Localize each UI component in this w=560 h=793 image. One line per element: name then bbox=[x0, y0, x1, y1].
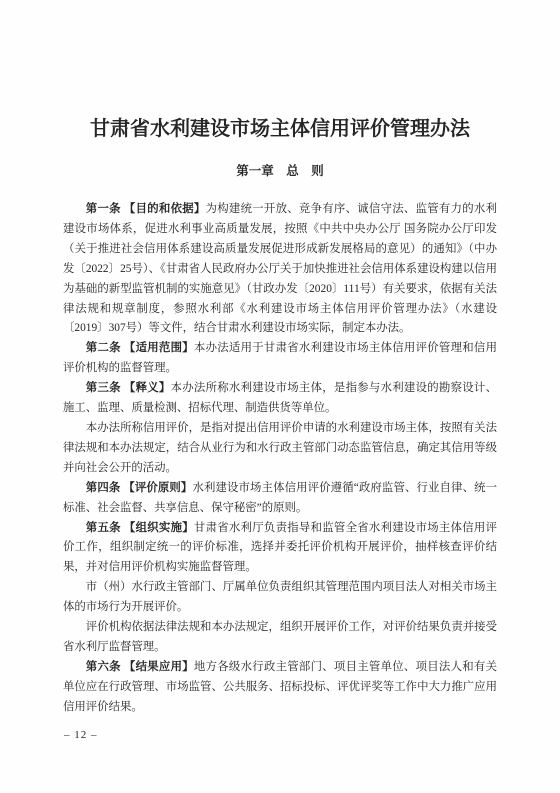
paragraph: 第六条 【结果应用】地方各级水行政主管部门、项目主管单位、项目法人和有关单位应在… bbox=[63, 658, 497, 718]
paragraph: 第三条 【释义】本办法所称水利建设市场主体，是指参与水利建设的勘察设计、施工、监… bbox=[63, 379, 497, 419]
chapter-heading: 第一章 总 则 bbox=[0, 161, 560, 179]
clause-text: 本办法所称信用评价，是指对提出信用评价申请的水利建设市场主体，按照有关法律法规和… bbox=[63, 422, 497, 474]
paragraph: 第四条 【评价原则】水利建设市场主体信用评价遵循“政府监管、行业自律、统一标准、… bbox=[63, 479, 497, 519]
paragraph: 第五条 【组织实施】甘肃省水利厅负责指导和监管全省水利建设市场主体信用评价工作，… bbox=[63, 519, 497, 579]
document-body: 第一条 【目的和依据】为构建统一开放、竞争有序、诚信守法、监管有力的水利建设市场… bbox=[63, 200, 497, 718]
paragraph: 评价机构依据法律法规和本办法规定，组织开展评价工作，对评价结果负责并接受省水利厅… bbox=[63, 618, 497, 658]
clause-lead: 第一条 【目的和依据】 bbox=[86, 203, 206, 215]
clause-lead: 第五条 【组织实施】 bbox=[86, 522, 194, 534]
paragraph: 第一条 【目的和依据】为构建统一开放、竞争有序、诚信守法、监管有力的水利建设市场… bbox=[63, 200, 497, 339]
clause-lead: 第二条 【适用范围】 bbox=[86, 342, 194, 354]
paragraph: 本办法所称信用评价，是指对提出信用评价申请的水利建设市场主体，按照有关法律法规和… bbox=[63, 419, 497, 479]
paragraph: 市（州）水行政主管部门、厅属单位负责组织其管理范围内项目法人对相关市场主体的市场… bbox=[63, 578, 497, 618]
clause-lead: 第三条 【释义】 bbox=[86, 382, 171, 394]
paragraph: 第二条 【适用范围】本办法适用于甘肃省水利建设市场主体信用评价管理和信用评价机构… bbox=[63, 339, 497, 379]
clause-text: 评价机构依据法律法规和本办法规定，组织开展评价工作，对评价结果负责并接受省水利厅… bbox=[63, 621, 497, 653]
document-page: 甘肃省水利建设市场主体信用评价管理办法 第一章 总 则 第一条 【目的和依据】为… bbox=[0, 0, 560, 793]
clause-lead: 第四条 【评价原则】 bbox=[86, 482, 193, 494]
document-title: 甘肃省水利建设市场主体信用评价管理办法 bbox=[0, 112, 560, 141]
clause-text: 市（州）水行政主管部门、厅属单位负责组织其管理范围内项目法人对相关市场主体的市场… bbox=[63, 581, 497, 613]
clause-text: 为构建统一开放、竞争有序、诚信守法、监管有力的水利建设市场体系，促进水利事业高质… bbox=[63, 203, 497, 334]
clause-lead: 第六条 【结果应用】 bbox=[86, 661, 194, 673]
page-number: – 12 – bbox=[64, 729, 98, 741]
